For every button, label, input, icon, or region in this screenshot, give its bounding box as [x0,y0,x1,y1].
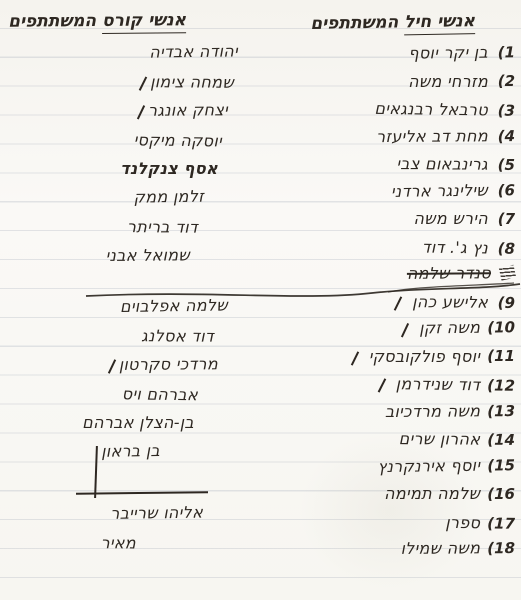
list-item: יהודה אבדיה [8,36,238,68]
entry-number: 1 [495,43,515,61]
list-item: יצחק אונגר [8,95,228,126]
entry-number: 7 [495,210,515,228]
entry-number: 4 [495,126,515,144]
list-item: 18משה שמילו [257,534,515,563]
list-item: 11יוסף פולקובסקי [257,343,515,371]
right-header-rest: המשתתפים [310,12,398,34]
list-item: אליהו שרייבר [8,498,203,530]
entry-name: שילינגר ארדני [391,180,488,200]
list-item: מרדכי סקרטון [8,349,218,379]
list-item: יוסקה מיקסי [8,124,222,156]
scribbled-number [499,265,516,281]
entry-number: 9 [495,293,515,311]
list-item: 7הירש משה [257,205,515,233]
list-item: 12דוד שנידרמן [257,368,515,399]
entry-number: 18 [487,539,515,557]
list-item: 4מחת דב אליעזר [257,122,515,151]
entry-name: מאיר [101,533,137,552]
entry-name: גרינבאום צבי [396,154,488,174]
list-item: זלמן ממק [8,182,204,214]
list-item: 17ספרן [257,506,515,537]
left-header-underlined: אנשי קורס [102,10,186,34]
entry-number: 12 [487,376,515,394]
entry-name: אהרון שרים [399,429,481,449]
entry-number: 8 [495,239,515,257]
entry-name: אליהו שרייבר [110,503,203,523]
entry-name: אלישע כהן [412,292,488,312]
right-entries-list: 1בן יקר יוסף2מזרחי משה3טרבאל רבנגאים4מחת… [257,40,515,563]
entry-name: יצחק אונגר [148,100,228,120]
entry-number: 11 [487,347,515,365]
pen-slash-mark [351,351,359,365]
entry-name: אסף צנקלנד [120,159,218,178]
list-item: 6שילינגר ארדני [257,176,515,207]
pen-slash-mark [377,379,386,393]
entry-name: ספרן [445,513,480,532]
list-item: 5גרינבאום צבי [257,149,515,178]
entry-number: 13 [487,401,515,419]
list-item: מאיר [8,528,136,558]
entry-name: אברהם ויס [122,384,198,404]
list-item: אברהם ויס [8,378,198,410]
list-item: 8נץ ג'. דוד [257,231,515,262]
list-item: 14אהרון שרים [257,424,515,453]
entry-number: 16 [487,485,515,503]
right-column-header: אנשי חיל המשתתפים [257,8,475,42]
entry-name: מחת דב אליעזר [376,126,488,146]
left-group-2: שלמה אפלבויםדוד אסלנגמרדכי סקרטוןאברהם ו… [8,292,248,466]
entry-name: משה זקן [419,318,480,338]
entry-name: בן בראון [101,441,160,461]
entry-number: 15 [487,455,515,473]
entry-name: דוד בריתר [127,217,198,236]
left-header-rest: המשתתפים [8,11,96,32]
entry-name: משה שמילו [401,539,481,559]
list-item: דוד בריתר [8,211,198,241]
pen-slash-mark [394,296,402,310]
list-item: סנדר שלמה [257,259,515,288]
entry-name: יוסף פולקובסקי [369,347,481,366]
entry-name: יהודה אבדיה [149,41,238,61]
entry-name: שמחה צימון [150,72,234,92]
entry-number: 17 [487,514,515,532]
right-column: אנשי חיל המשתתפים 1בן יקר יוסף2מזרחי משה… [257,10,515,563]
entry-name: משה מרדכיוב [385,401,480,421]
list-item: שמואל אבני [8,240,190,270]
list-item: 9אלישע כהן [257,287,515,316]
list-item: 2מזרחי משה [257,68,515,96]
left-column-header: אנשי קורס המשתתפים [8,7,186,39]
entry-number: 14 [487,430,515,448]
list-item: בן-הצלן אברהם [8,408,194,437]
entry-name: יוסף אירנקרנץ [377,455,480,475]
entry-name: נץ ג'. דוד [422,237,488,257]
pen-slash-mark [137,105,145,119]
entry-name: דוד שנידרמן [396,374,481,394]
entry-number: 6 [495,180,515,198]
entry-name: טרבאל רבנגאים [374,99,488,120]
pen-slash-mark [108,359,116,373]
entry-name: יוסקה מיקסי [134,130,223,150]
entry-name: דוד אסלנג [141,326,214,346]
left-group-3: אליהו שרייברמאיר [8,499,248,557]
list-item: 16שלמה תמימה [257,480,515,508]
entry-name: הירש משה [413,209,488,228]
entry-number: 5 [495,156,515,174]
entry-name: בן-הצלן אברהם [82,413,194,432]
entry-number: 10 [487,318,515,336]
entry-number: 3 [495,101,515,119]
list-item: 1בן יקר יוסף [257,38,515,69]
right-header-underlined: אנשי חיל [404,11,475,35]
list-item: שמחה צימון [8,66,234,97]
list-item: דוד אסלנג [8,320,214,350]
handwritten-list-page: אנשי חיל המשתתפים 1בן יקר יוסף2מזרחי משה… [0,0,521,600]
entry-name: מזרחי משה [408,72,488,91]
pen-slash-mark [139,76,147,90]
list-item: 15יוסף אירנקרנץ [257,451,515,482]
pen-slash-mark [401,323,409,337]
list-item: 10משה זקן [257,313,515,344]
list-item: 3טרבאל רבנגאים [257,93,515,124]
entry-name: שלמה אפלבוים [120,295,228,316]
list-item: 13משה מרדכיוב [257,397,515,426]
entry-name: סנדר שלמה [407,264,491,284]
list-item: בן בראון [8,436,160,467]
entry-name: מרדכי סקרטון [119,354,218,374]
entry-name: שלמה תמימה [384,484,480,503]
entry-name: זלמן ממק [133,187,204,207]
left-group-1: יהודה אבדיהשמחה צימוןיצחק אונגריוסקה מיק… [8,38,248,270]
entry-name: בן יקר יוסף [408,43,488,63]
left-column: אנשי קורס המשתתפים יהודה אבדיהשמחה צימון… [8,8,248,557]
entry-name: שמואל אבני [106,245,191,265]
list-item: שלמה אפלבוים [8,290,228,322]
list-item: אסף צנקלנד [8,154,218,183]
entry-number: 2 [495,72,515,90]
